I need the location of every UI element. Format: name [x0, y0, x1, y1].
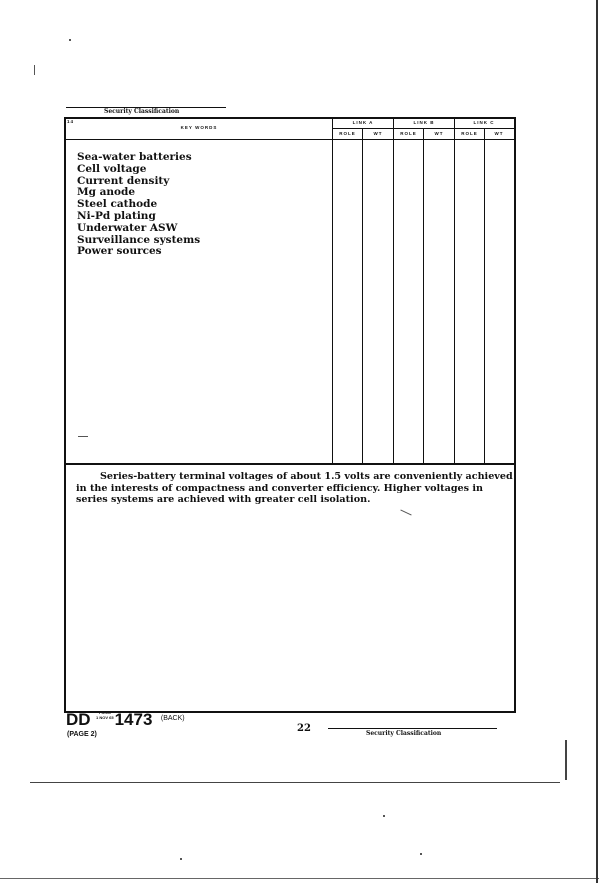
- link-b-role-header: ROLE: [394, 131, 423, 136]
- key-word: Underwater ASW: [77, 223, 200, 235]
- top-security-classification: Security Classification: [104, 108, 179, 115]
- link-c-wt-header: WT: [485, 131, 513, 136]
- form-number: 1473: [115, 710, 153, 729]
- item-number: 14: [67, 119, 74, 124]
- form-suffix: (BACK): [161, 715, 185, 722]
- page-label: (PAGE 2): [67, 731, 97, 738]
- link-b-wt-header: WT: [424, 131, 454, 136]
- form-prefix: DD: [66, 710, 91, 729]
- form-date: 1 NOV 65: [96, 715, 114, 720]
- scan-edge-line: [0, 878, 599, 879]
- abstract-line: series systems are achieved with greater…: [76, 494, 513, 506]
- abstract-line: in the interests of compactness and conv…: [76, 483, 513, 495]
- link-a-role-header: ROLE: [333, 131, 362, 136]
- link-c-role-header: ROLE: [455, 131, 484, 136]
- abstract-line: Series-battery terminal voltages of abou…: [76, 471, 513, 483]
- key-words-list: Sea-water batteries Cell voltage Current…: [77, 152, 200, 258]
- link-c-header: LINK C: [455, 120, 513, 125]
- link-a-header: LINK A: [333, 120, 393, 125]
- bottom-security-classification: Security Classification: [366, 730, 441, 737]
- key-word: Cell voltage: [77, 164, 200, 176]
- key-word: Ni-Pd plating: [77, 211, 200, 223]
- key-word: Power sources: [77, 246, 200, 258]
- abstract-text: Series-battery terminal voltages of abou…: [76, 471, 513, 506]
- bottom-classification-rule: [328, 728, 497, 729]
- link-a-wt-header: WT: [363, 131, 393, 136]
- section-divider: [64, 463, 514, 465]
- page-number: 22: [297, 723, 311, 734]
- link-b-header: LINK B: [394, 120, 454, 125]
- key-words-header: KEY WORDS: [66, 125, 332, 130]
- form-designation: DD FORM 1 NOV 65 1473 (BACK): [66, 710, 185, 730]
- scan-edge-line: [30, 782, 560, 783]
